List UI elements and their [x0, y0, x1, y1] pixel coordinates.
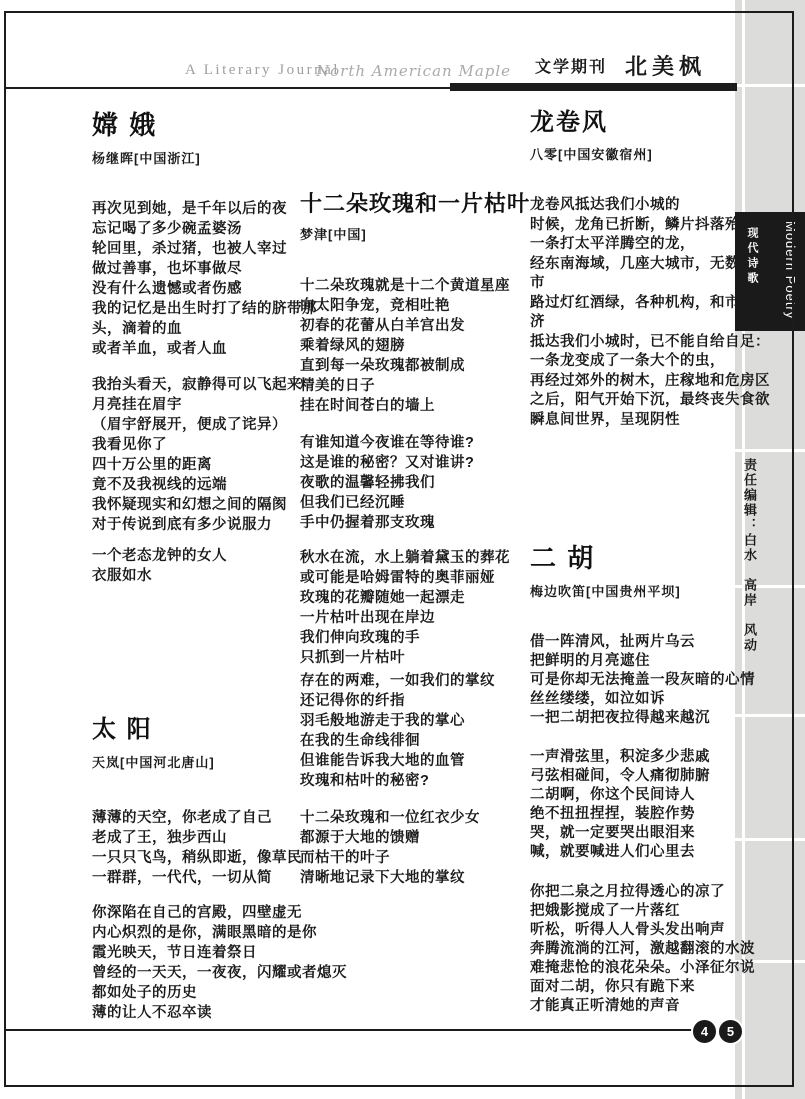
- header-rule-thick: [450, 83, 737, 91]
- poem-line: 霞光映天，节日连着祭日: [92, 943, 322, 963]
- section-tab: Modern Poetry 现代诗歌: [735, 212, 805, 331]
- poem-line: 路过灯红酒绿，各种机构，和市场经: [530, 294, 765, 314]
- poem-line: 清晰地记录下大地的掌纹: [300, 868, 538, 888]
- poem-erhu: 二 胡梅边吹笛[中国贵州平坝]借一阵清风，扯两片乌云把鲜明的月亮遮住可是你却无法…: [530, 543, 765, 1016]
- section-label-en: Modern Poetry: [783, 221, 798, 319]
- stanza: 存在的两难，一如我们的掌纹还记得你的纤指羽毛般地游走于我的掌心在我的生命线徘徊但…: [300, 671, 538, 791]
- poem-line: 面对二胡，你只有跪下来: [530, 978, 765, 997]
- poem-line: 济: [530, 313, 765, 333]
- poem-line: 弓弦相碰间，令人痛彻肺腑: [530, 767, 765, 786]
- poem-line: 再次见到她，是千年以后的夜: [92, 199, 322, 219]
- poem-line: 一群群，一代代，一切从简: [92, 868, 322, 888]
- poem-line: 一条龙变成了一条大个的虫，: [530, 352, 765, 372]
- poem-line: 把鲜明的月亮遮住: [530, 652, 765, 671]
- poem-body: 薄薄的天空，你老成了自己老成了王，独步西山一只只飞鸟，稍纵即逝，像草民一群群，一…: [92, 808, 322, 1023]
- poem-line: 丝丝缕缕，如泣如诉: [530, 690, 765, 709]
- stanza: 借一阵清风，扯两片乌云把鲜明的月亮遮住可是你却无法掩盖一段灰暗的心情丝丝缕缕，如…: [530, 633, 765, 728]
- poem-line: 做过善事，也坏事做尽: [92, 259, 322, 279]
- poem-line: 瞬息间世界，呈现阴性: [530, 411, 765, 431]
- poem-line: 羽毛般地游走于我的掌心: [300, 711, 538, 731]
- poem-line: 二胡啊，你这个民间诗人: [530, 786, 765, 805]
- page-number-left: 4: [691, 1018, 718, 1045]
- poem-title: 龙卷风: [530, 110, 765, 136]
- poem-line: 我们伸向玫瑰的手: [300, 628, 538, 648]
- poem-line: 我的记忆是出生时打了结的脐带那: [92, 299, 322, 319]
- poem-line: 难掩悲怆的浪花朵朵。小泽征尔说: [530, 959, 765, 978]
- poem-line: 我抬头看天，寂静得可以飞起来: [92, 375, 322, 395]
- page-numbers: 4 5: [692, 1018, 744, 1045]
- poem-line: 衣服如水: [92, 566, 322, 586]
- editors-credit: 责任编辑：白水 高岸 风动: [740, 458, 759, 653]
- journal-title-cn: 文学期刊 北美枫: [535, 50, 706, 81]
- poem-author: 八零[中国安徽宿州]: [530, 144, 765, 163]
- poem-title: 二 胡: [530, 543, 765, 573]
- stanza: 再次见到她，是千年以后的夜忘记喝了多少碗孟婆汤轮回里，杀过猪，也被人宰过做过善事…: [92, 199, 322, 359]
- poem-roses: 十二朵玫瑰和一片枯叶梦津[中国]十二朵玫瑰就是十二个黄道星座向太阳争宠，竞相吐艳…: [300, 190, 538, 888]
- poem-line: 或可能是哈姆雷特的奥菲丽娅: [300, 568, 538, 588]
- stanza: 十二朵玫瑰就是十二个黄道星座向太阳争宠，竞相吐艳初春的花蕾从白羊宫出发乘着绿风的…: [300, 276, 538, 416]
- strip-divider-line: [735, 84, 805, 87]
- poem-line: 薄薄的天空，你老成了自己: [92, 808, 322, 828]
- poem-line: 老成了王，独步西山: [92, 828, 322, 848]
- poem-line: 十二朵玫瑰就是十二个黄道星座: [300, 276, 538, 296]
- poem-line: 你深陷在自己的宫殿，四壁虚无: [92, 903, 322, 923]
- poem-line: 头，滴着的血: [92, 319, 322, 339]
- poem-line: 抵达我们小城时，已不能自给自足：: [530, 333, 765, 353]
- poem-line: 都源于大地的馈赠: [300, 828, 538, 848]
- poem-change: 嫦 娥杨继晖[中国浙江]再次见到她，是千年以后的夜忘记喝了多少碗孟婆汤轮回里，杀…: [92, 110, 322, 586]
- poem-line: 我怀疑现实和幻想之间的隔阂: [92, 495, 322, 515]
- journal-name-script: North American Maple: [316, 62, 511, 80]
- poem-line: 市: [530, 274, 765, 294]
- poem-body: 再次见到她，是千年以后的夜忘记喝了多少碗孟婆汤轮回里，杀过猪，也被人宰过做过善事…: [92, 199, 322, 586]
- poem-line: 乘着绿风的翅膀: [300, 336, 538, 356]
- poem-tornado: 龙卷风八零[中国安徽宿州]龙卷风抵达我们小城的时候，龙角已折断，鳞片抖落殆尽一条…: [530, 110, 765, 430]
- stanza: 一声滑弦里，积淀多少悲戚弓弦相碰间，令人痛彻肺腑二胡啊，你这个民间诗人绝不扭扭捏…: [530, 748, 765, 862]
- poem-line: 十二朵玫瑰和一位红衣少女: [300, 808, 538, 828]
- poem-line: 月亮挂在眉宇: [92, 395, 322, 415]
- stanza: 龙卷风抵达我们小城的时候，龙角已折断，鳞片抖落殆尽一条打太平洋腾空的龙，经东南海…: [530, 196, 765, 430]
- poem-line: 之后，阳气开始下沉，最终丧失食欲: [530, 391, 765, 411]
- poem-line: 借一阵清风，扯两片乌云: [530, 633, 765, 652]
- poem-line: 对于传说到底有多少说服力: [92, 515, 322, 535]
- poem-line: 而枯干的叶子: [300, 848, 538, 868]
- poem-line: 一把二胡把夜拉得越来越沉: [530, 709, 765, 728]
- poem-line: 听松，听得人人骨头发出响声: [530, 921, 765, 940]
- poem-line: 才能真正听清她的声音: [530, 997, 765, 1016]
- poem-line: 一个老态龙钟的女人: [92, 546, 322, 566]
- poem-line: 一只只飞鸟，稍纵即逝，像草民: [92, 848, 322, 868]
- poem-line: 挂在时间苍白的墙上: [300, 396, 538, 416]
- poem-line: 初春的花蕾从白羊宫出发: [300, 316, 538, 336]
- poem-line: 有谁知道今夜谁在等待谁?: [300, 433, 538, 453]
- poem-line: 把娥影搅成了一片落红: [530, 902, 765, 921]
- poem-body: 龙卷风抵达我们小城的时候，龙角已折断，鳞片抖落殆尽一条打太平洋腾空的龙，经东南海…: [530, 196, 765, 430]
- poem-line: 直到每一朵玫瑰都被制成: [300, 356, 538, 376]
- journal-page: A Literary Journal North American Maple …: [0, 0, 805, 1099]
- poem-line: 四十万公里的距离: [92, 455, 322, 475]
- poem-line: 或者羊血，或者人血: [92, 339, 322, 359]
- poem-line: 再经过郊外的树木，庄稼地和危房区: [530, 372, 765, 392]
- journal-name-cn: 北美枫: [625, 50, 706, 81]
- stanza: 有谁知道今夜谁在等待谁?这是谁的秘密？又对谁讲?夜歌的温馨轻拂我们但我们已经沉睡…: [300, 433, 538, 533]
- poem-line: 你把二泉之月拉得透心的凉了: [530, 883, 765, 902]
- poem-line: 但谁能告诉我大地的血管: [300, 751, 538, 771]
- stanza: 十二朵玫瑰和一位红衣少女都源于大地的馈赠而枯干的叶子清晰地记录下大地的掌纹: [300, 808, 538, 888]
- poem-line: （眉宇舒展开，便成了诧异）: [92, 415, 322, 435]
- poem-line: 一声滑弦里，积淀多少悲戚: [530, 748, 765, 767]
- poem-line: 在我的生命线徘徊: [300, 731, 538, 751]
- stanza: 我抬头看天，寂静得可以飞起来月亮挂在眉宇（眉宇舒展开，便成了诧异）我看见你了四十…: [92, 375, 322, 535]
- page-number-right: 5: [717, 1018, 744, 1045]
- poem-line: 没有什么遗憾或者伤感: [92, 279, 322, 299]
- poem-line: 可是你却无法掩盖一段灰暗的心情: [530, 671, 765, 690]
- poem-line: 我看见你了: [92, 435, 322, 455]
- poem-line: 一条打太平洋腾空的龙，: [530, 235, 765, 255]
- stanza: 薄薄的天空，你老成了自己老成了王，独步西山一只只飞鸟，稍纵即逝，像草民一群群，一…: [92, 808, 322, 888]
- poem-body: 十二朵玫瑰就是十二个黄道星座向太阳争宠，竞相吐艳初春的花蕾从白羊宫出发乘着绿风的…: [300, 276, 538, 888]
- poem-line: 精美的日子: [300, 376, 538, 396]
- poem-line: 一片枯叶出现在岸边: [300, 608, 538, 628]
- poem-line: 秋水在流，水上躺着黛玉的葬花: [300, 548, 538, 568]
- poem-title: 十二朵玫瑰和一片枯叶: [300, 190, 538, 218]
- poem-line: 薄的让人不忍卒读: [92, 1003, 322, 1023]
- poem-line: 龙卷风抵达我们小城的: [530, 196, 765, 216]
- stanza: 你把二泉之月拉得透心的凉了把娥影搅成了一片落红听松，听得人人骨头发出响声奔腾流淌…: [530, 883, 765, 1016]
- strip-divider-line: [735, 449, 805, 452]
- stanza: 秋水在流，水上躺着黛玉的葬花或可能是哈姆雷特的奥菲丽娅玫瑰的花瓣随她一起漂走一片…: [300, 548, 538, 668]
- poem-line: 手中仍握着那支玫瑰: [300, 513, 538, 533]
- poem-line: 时候，龙角已折断，鳞片抖落殆尽: [530, 216, 765, 236]
- poem-line: 轮回里，杀过猪，也被人宰过: [92, 239, 322, 259]
- poem-author: 杨继晖[中国浙江]: [92, 148, 322, 167]
- section-label-cn: 现代诗歌: [744, 227, 760, 287]
- poem-author: 天岚[中国河北唐山]: [92, 752, 322, 771]
- poem-line: 存在的两难，一如我们的掌纹: [300, 671, 538, 691]
- poem-line: 夜歌的温馨轻拂我们: [300, 473, 538, 493]
- poem-line: 只抓到一片枯叶: [300, 648, 538, 668]
- poem-line: 奔腾流淌的江河，激越翻滚的水波: [530, 940, 765, 959]
- poem-line: 但我们已经沉睡: [300, 493, 538, 513]
- poem-line: 玫瑰和枯叶的秘密?: [300, 771, 538, 791]
- poem-body: 借一阵清风，扯两片乌云把鲜明的月亮遮住可是你却无法掩盖一段灰暗的心情丝丝缕缕，如…: [530, 633, 765, 1016]
- poem-title: 嫦 娥: [92, 110, 322, 140]
- poem-line: 向太阳争宠，竞相吐艳: [300, 296, 538, 316]
- footer-rule: [4, 1029, 692, 1031]
- poem-author: 梦津[中国]: [300, 224, 538, 243]
- poem-line: 曾经的一天天，一夜夜，闪耀或者熄灭: [92, 963, 322, 983]
- header-rule-thin: [4, 87, 450, 89]
- poem-author: 梅边吹笛[中国贵州平坝]: [530, 581, 765, 600]
- poem-title: 太 阳: [92, 716, 322, 744]
- stanza: 你深陷在自己的宫殿，四壁虚无内心炽烈的是你，满眼黑暗的是你霞光映天，节日连着祭日…: [92, 903, 322, 1023]
- poem-line: 绝不扭扭捏捏，装腔作势: [530, 805, 765, 824]
- poem-line: 竟不及我视线的远端: [92, 475, 322, 495]
- poem-line: 还记得你的纤指: [300, 691, 538, 711]
- poem-line: 哭，就一定要哭出眼泪来: [530, 824, 765, 843]
- stanza: 一个老态龙钟的女人衣服如水: [92, 546, 322, 586]
- poem-line: 玫瑰的花瓣随她一起漂走: [300, 588, 538, 608]
- poem-line: 内心炽烈的是你，满眼黑暗的是你: [92, 923, 322, 943]
- poem-line: 经东南海域，几座大城市，无数小城: [530, 255, 765, 275]
- poem-sun: 太 阳天岚[中国河北唐山]薄薄的天空，你老成了自己老成了王，独步西山一只只飞鸟，…: [92, 716, 322, 1023]
- poem-line: 忘记喝了多少碗孟婆汤: [92, 219, 322, 239]
- journal-type-label: 文学期刊: [535, 54, 607, 77]
- poem-line: 都如处子的历史: [92, 983, 322, 1003]
- poem-line: 喊，就要喊进人们心里去: [530, 843, 765, 862]
- poem-line: 这是谁的秘密？又对谁讲?: [300, 453, 538, 473]
